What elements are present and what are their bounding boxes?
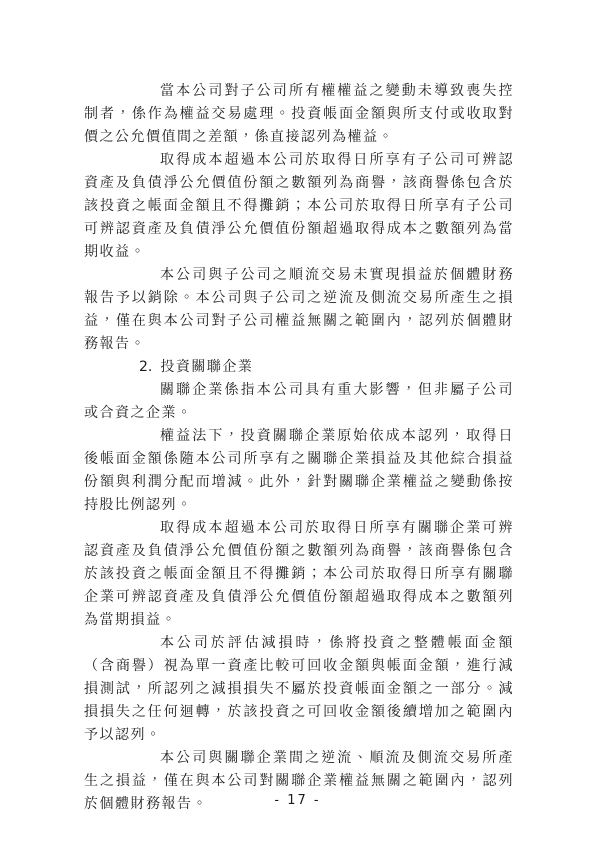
paragraph: 權益法下，投資關聯企業原始依成本認列，取得日後帳面金額係隨本公司所享有之關聯企業… bbox=[84, 425, 514, 517]
document-page: 當本公司對子公司所有權權益之變動未導致喪失控制者，係作為權益交易處理。投資帳面金… bbox=[0, 0, 595, 842]
list-item-title: 投資關聯企業 bbox=[160, 359, 253, 375]
list-item-number: 2. bbox=[139, 356, 152, 379]
list-item-2: 2.投資關聯企業 bbox=[84, 356, 514, 379]
paragraph: 關聯企業係指本公司具有重大影響，但非屬子公司或合資之企業。 bbox=[84, 379, 514, 425]
body-text: 當本公司對子公司所有權權益之變動未導致喪失控制者，係作為權益交易處理。投資帳面金… bbox=[84, 80, 514, 816]
page-number: - 17 - bbox=[0, 793, 595, 808]
paragraph: 取得成本超過本公司於取得日所享有關聯企業可辨認資產及負債淨公允價值份額之數額列為… bbox=[84, 517, 514, 632]
paragraph: 當本公司對子公司所有權權益之變動未導致喪失控制者，係作為權益交易處理。投資帳面金… bbox=[84, 80, 514, 149]
paragraph: 本公司與子公司之順流交易未實現損益於個體財務報告予以銷除。本公司與子公司之逆流及… bbox=[84, 264, 514, 356]
paragraph: 取得成本超過本公司於取得日所享有子公司可辨認資產及負債淨公允價值份額之數額列為商… bbox=[84, 149, 514, 264]
paragraph: 本公司於評估減損時，係將投資之整體帳面金額（含商譽）視為單一資產比較可回收金額與… bbox=[84, 632, 514, 747]
